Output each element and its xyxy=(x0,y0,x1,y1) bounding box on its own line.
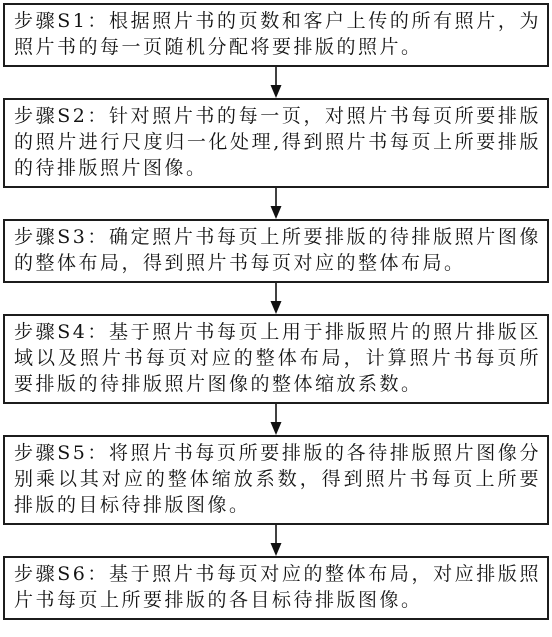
flow-step-s3: 步骤S3：确定照片书每页上所要排版的待排版照片图像的整体布局，得到照片书每页对应… xyxy=(3,219,549,283)
flow-step-s5: 步骤S5：将照片书每页所要排版的各待排版照片图像分别乘以其对应的整体缩放系数，得… xyxy=(3,435,549,525)
flow-arrow-down-icon xyxy=(268,188,284,219)
flow-arrow-down-icon xyxy=(268,404,284,435)
flow-arrow-down-icon xyxy=(268,67,284,98)
flowchart: 步骤S1：根据照片书的页数和客户上传的所有照片，为照片书的每一页随机分配将要排版… xyxy=(0,0,552,622)
flow-arrow-down-icon xyxy=(268,525,284,556)
flow-step-s6: 步骤S6：基于照片书每页对应的整体布局，对应排版照片书每页上所要排版的各目标待排… xyxy=(3,556,549,620)
flow-step-s1: 步骤S1：根据照片书的页数和客户上传的所有照片，为照片书的每一页随机分配将要排版… xyxy=(3,3,549,67)
flow-step-s6-text: 步骤S6：基于照片书每页对应的整体布局，对应排版照片书每页上所要排版的各目标待排… xyxy=(14,563,541,611)
flow-step-s1-text: 步骤S1：根据照片书的页数和客户上传的所有照片，为照片书的每一页随机分配将要排版… xyxy=(14,10,541,58)
flow-step-s4: 步骤S4：基于照片书每页上用于排版照片的照片排版区域以及照片书每页对应的整体布局… xyxy=(3,314,549,404)
flow-step-s5-text: 步骤S5：将照片书每页所要排版的各待排版照片图像分别乘以其对应的整体缩放系数，得… xyxy=(14,442,541,516)
flow-step-s2-text: 步骤S2：针对照片书的每一页，对照片书每页所要排版的照片进行尺度归一化处理,得到… xyxy=(14,105,541,179)
flow-step-s4-text: 步骤S4：基于照片书每页上用于排版照片的照片排版区域以及照片书每页对应的整体布局… xyxy=(14,321,541,395)
flow-step-s3-text: 步骤S3：确定照片书每页上所要排版的待排版照片图像的整体布局，得到照片书每页对应… xyxy=(14,226,541,274)
flow-step-s2: 步骤S2：针对照片书的每一页，对照片书每页所要排版的照片进行尺度归一化处理,得到… xyxy=(3,98,549,188)
flow-arrow-down-icon xyxy=(268,283,284,314)
